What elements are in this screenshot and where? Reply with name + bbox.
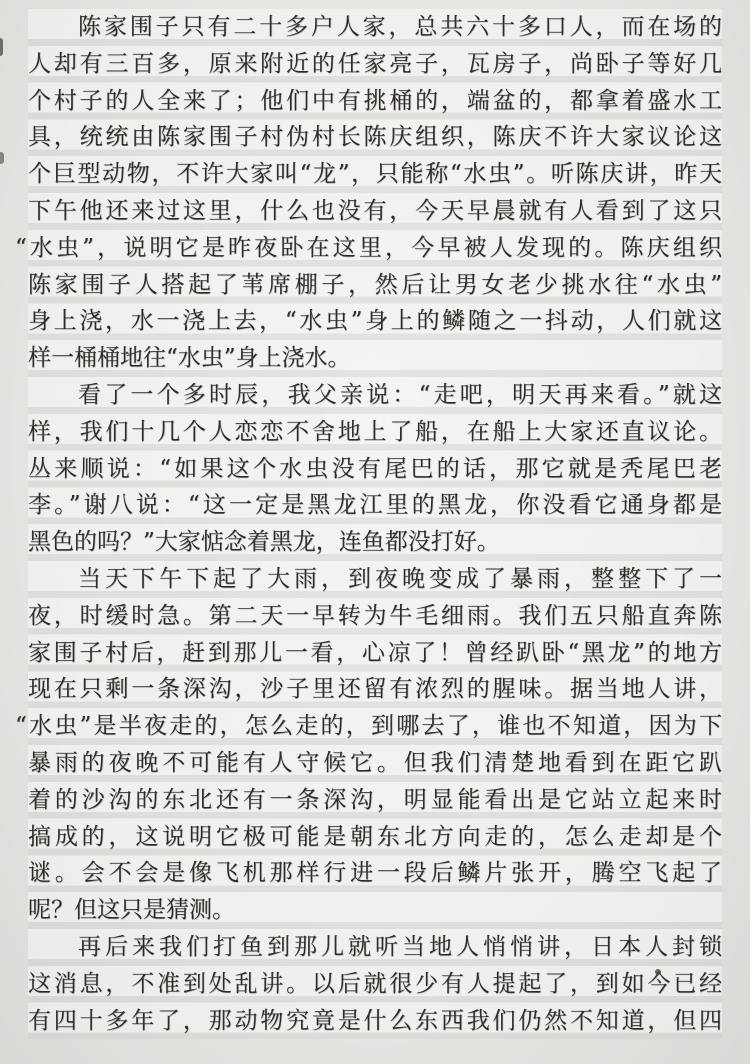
text-line: 当天下午下起了大雨，到夜晚变成了暴雨，整整下了一 xyxy=(28,561,722,598)
scanned-page: 陈家围子只有二十多户人家，总共六十多口人，而在场的 人却有三百多，原来附近的任家… xyxy=(0,0,750,1064)
text-line: 呢？但这只是猜测。 xyxy=(28,892,722,929)
text-line: 个村子的人全来了；他们中有挑桶的，端盆的，都拿着盛水工 xyxy=(28,83,722,120)
text-line: 人却有三百多，原来附近的任家亮子，瓦房子，尚卧子等好几 xyxy=(28,46,722,83)
text-block: 陈家围子只有二十多户人家，总共六十多口人，而在场的 人却有三百多，原来附近的任家… xyxy=(28,9,722,1039)
text-line: 陈家围子人搭起了苇席棚子，然后让男女老少挑水往“水虫” xyxy=(28,267,722,304)
text-line: 样，我们十几个人恋恋不舍地上了船，在船上大家还直议论。 xyxy=(28,414,722,451)
text-line: 身上浇，水一浇上去，“水虫”身上的鳞随之一抖动，人们就这 xyxy=(28,303,722,340)
text-line: 李。”谢八说：“这一定是黑龙江里的黑龙，你没看它通身都是 xyxy=(28,487,722,524)
scan-artifact-ink-dot xyxy=(655,969,661,975)
text-line: 搞成的，这说明它极可能是朝东北方向走的，怎么走却是个 xyxy=(28,819,722,856)
paragraph-2: 看了一个多时辰，我父亲说：“走吧，明天再来看。”就这 样，我们十几个人恋恋不舍地… xyxy=(28,377,722,561)
text-line: 再后来我们打鱼到那儿就听当地人悄悄讲，日本人封锁 xyxy=(28,929,722,966)
scan-artifact-left-edge xyxy=(0,38,3,56)
text-line: “水虫”是半夜走的，怎么走的，到哪去了，谁也不知道，因为下 xyxy=(15,708,722,745)
text-line: 夜，时缓时急。第二天一早转为牛毛细雨。我们五只船直奔陈 xyxy=(28,598,722,635)
text-line: 具，统统由陈家围子村伪村长陈庆组织，陈庆不许大家议论这 xyxy=(28,119,722,156)
text-line: 家围子村后，赶到那儿一看，心凉了！曾经趴卧“黑龙”的地方 xyxy=(28,635,722,672)
text-line: “水虫”，说明它是昨夜卧在这里，今早被人发现的。陈庆组织 xyxy=(15,230,722,267)
text-line: 有四十多年了，那动物究竟是什么东西我们仍然不知道，但四 xyxy=(28,1003,722,1040)
text-line: 着的沙沟的东北还有一条深沟，明显能看出是它站立起来时 xyxy=(28,782,722,819)
text-line: 下午他还来过这里，什么也没有，今天早晨就有人看到了这只 xyxy=(28,193,722,230)
text-line: 这消息，不准到处乱讲。以后就很少有人提起了，到如今已经 xyxy=(28,966,722,1003)
text-line: 丛来顺说：“如果这个水虫没有尾巴的话，那它就是秃尾巴老 xyxy=(28,451,722,488)
text-line: 暴雨的夜晚不可能有人守候它。但我们清楚地看到在距它趴 xyxy=(28,745,722,782)
text-line: 黑色的吗？”大家惦念着黑龙，连鱼都没打好。 xyxy=(28,524,722,561)
text-line: 陈家围子只有二十多户人家，总共六十多口人，而在场的 xyxy=(28,9,722,46)
text-line: 现在只剩一条深沟，沙子里还留有浓烈的腥味。据当地人讲， xyxy=(28,671,722,708)
text-line: 个巨型动物，不许大家叫“龙”，只能称“水虫”。听陈庆讲，昨天 xyxy=(28,156,722,193)
text-line: 谜。会不会是像飞机那样行进一段后鳞片张开，腾空飞起了 xyxy=(28,855,722,892)
paragraph-4: 再后来我们打鱼到那儿就听当地人悄悄讲，日本人封锁 这消息，不准到处乱讲。以后就很… xyxy=(28,929,722,1039)
text-line: 样一桶桶地往“水虫”身上浇水。 xyxy=(28,340,722,377)
scan-artifact-left-edge xyxy=(0,152,4,164)
paragraph-1: 陈家围子只有二十多户人家，总共六十多口人，而在场的 人却有三百多，原来附近的任家… xyxy=(28,9,722,377)
text-line: 看了一个多时辰，我父亲说：“走吧，明天再来看。”就这 xyxy=(28,377,722,414)
paragraph-3: 当天下午下起了大雨，到夜晚变成了暴雨，整整下了一 夜，时缓时急。第二天一早转为牛… xyxy=(28,561,722,929)
